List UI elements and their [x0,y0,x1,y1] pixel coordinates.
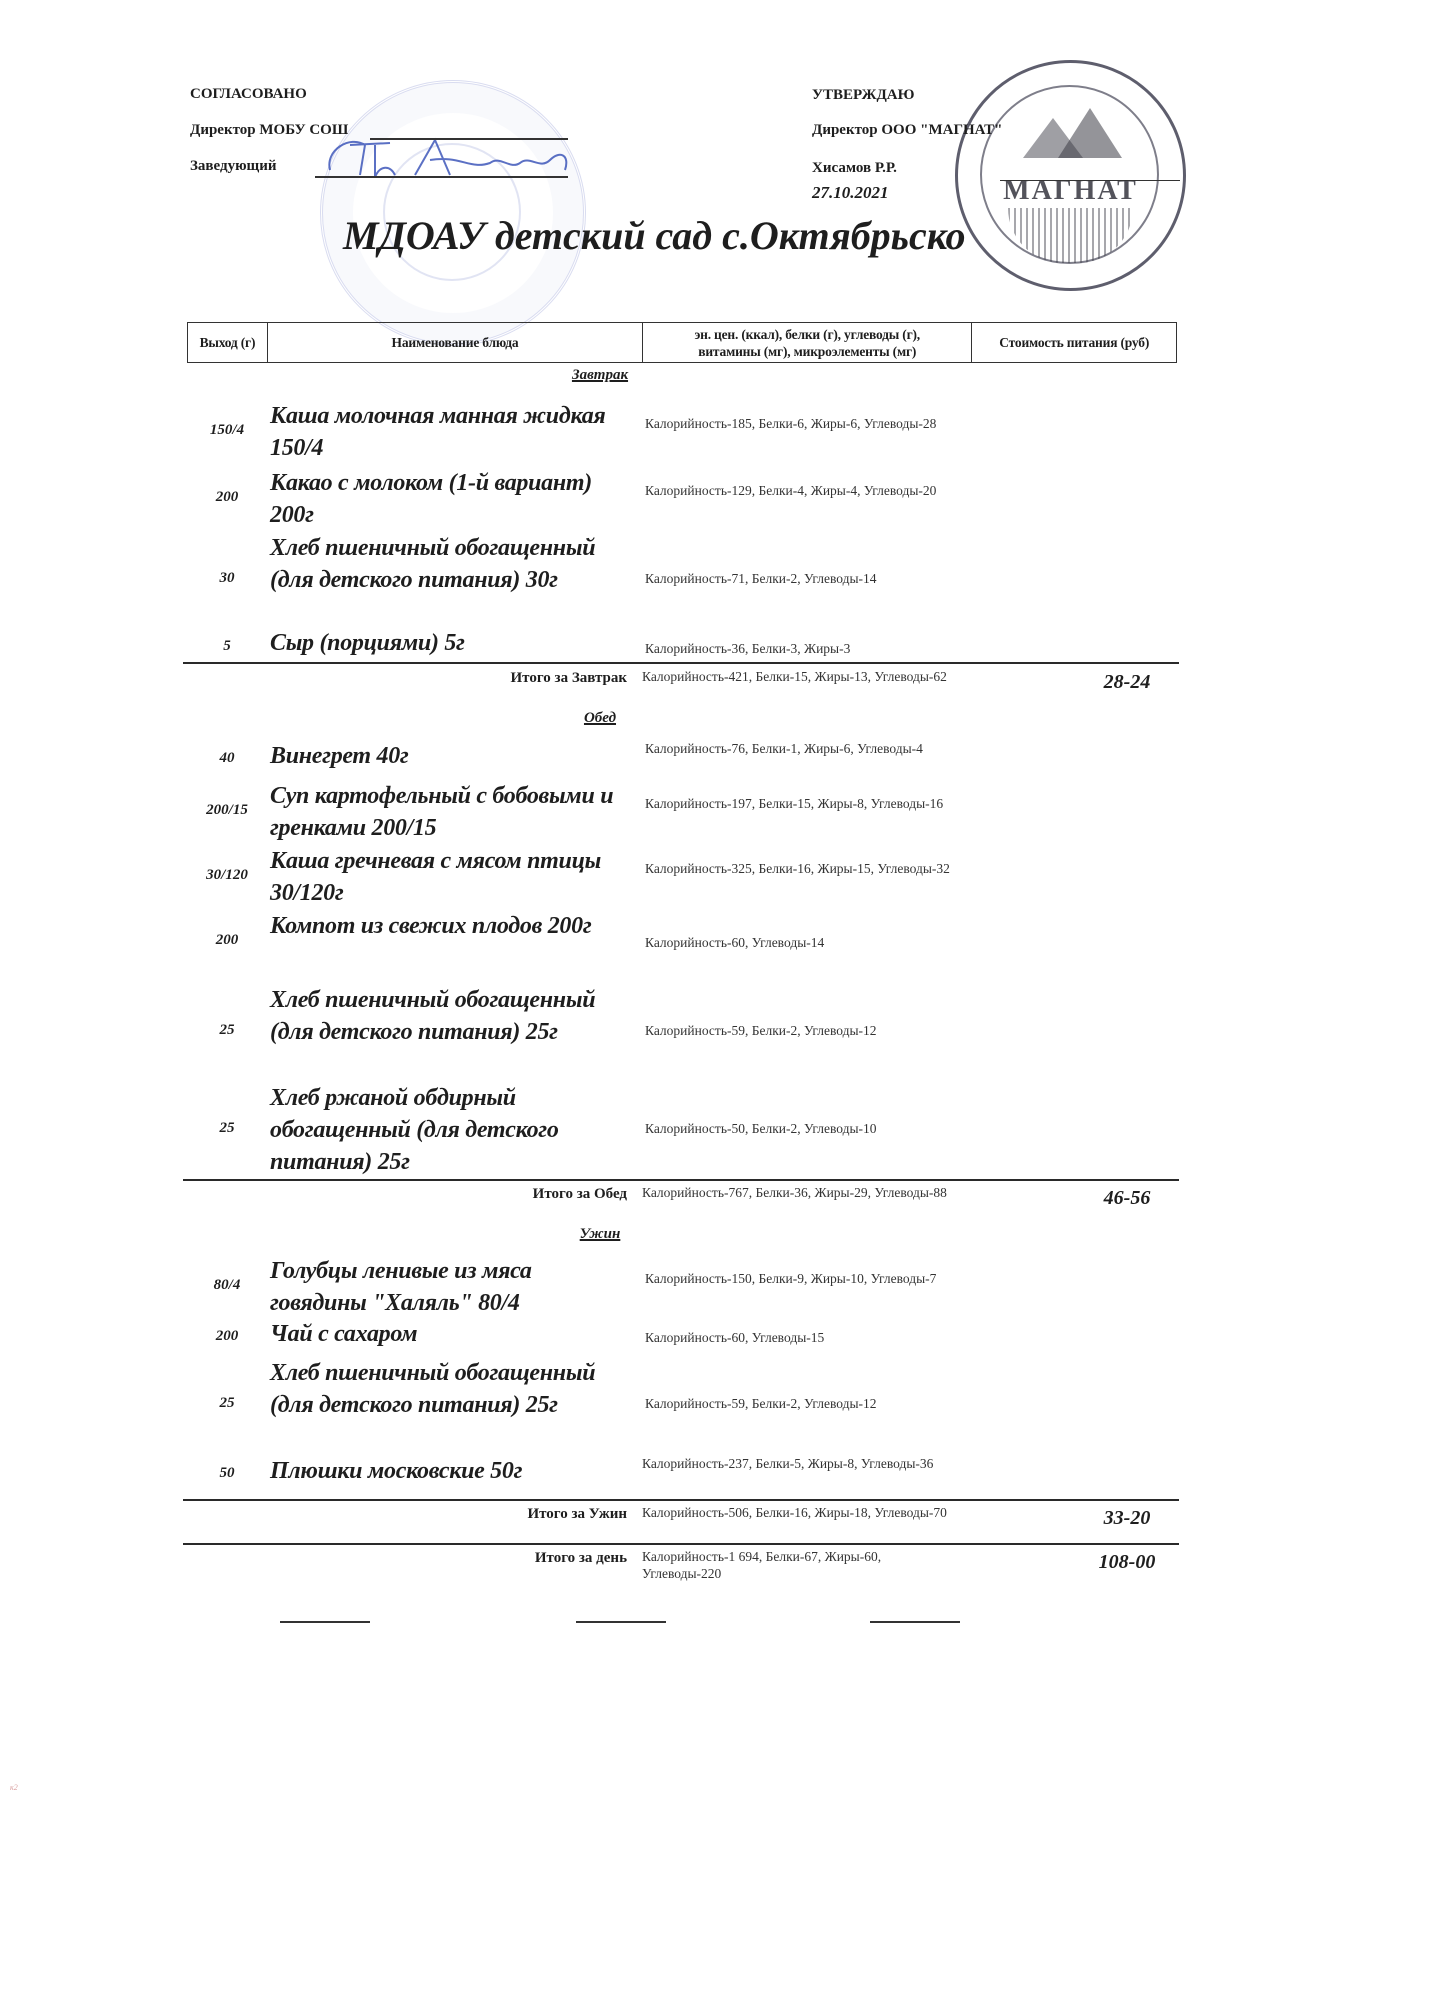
dish-name: Хлеб пшеничный обогащенный (для детского… [270,1357,630,1421]
approval-date: 27.10.2021 [812,183,889,203]
nutrition-cell: Калорийность-185, Белки-6, Жиры-6, Углев… [645,415,965,432]
day-total-cost: 108-00 [1047,1551,1207,1574]
approval-role-left: Заведующий [190,158,276,175]
yield-cell: 40 [187,750,267,767]
mountain-logo-icon [1058,108,1122,158]
dish-name: Хлеб пшеничный обогащенный (для детского… [270,984,630,1048]
signature-line [370,138,568,140]
nutrition-cell: Калорийность-325, Белки-16, Жиры-15, Угл… [645,860,965,877]
signature-line [1000,180,1180,181]
nutrition-cell: Калорийность-71, Белки-2, Углеводы-14 [645,570,965,587]
divider [183,1499,1179,1501]
corner-mark: к2 [10,1783,18,1792]
nutrition-cell: Калорийность-36, Белки-3, Жиры-3 [645,640,965,657]
mountain-logo-icon [1023,118,1083,158]
nutrition-cell: Калорийность-197, Белки-15, Жиры-8, Угле… [645,795,965,812]
company-seal-stamp: МАГНАТ [955,60,1186,291]
table-header: Выход (г) Наименование блюда эн. цен. (к… [187,322,1177,363]
yield-cell: 30 [187,570,267,587]
divider [183,1179,1179,1181]
total-nutrition: Калорийность-506, Белки-16, Жиры-18, Угл… [642,1504,962,1521]
nutrition-cell: Калорийность-60, Углеводы-14 [645,934,965,951]
dish-name: Суп картофельный с бобовыми и гренками 2… [270,780,630,844]
column-header-dish: Наименование блюда [268,323,643,362]
total-cost: 33-20 [1047,1507,1207,1530]
day-total-label: Итого за день [535,1550,627,1567]
yield-cell: 25 [187,1120,267,1137]
total-cost: 46-56 [1047,1187,1207,1210]
divider [183,662,1179,664]
nutrition-cell: Калорийность-59, Белки-2, Углеводы-12 [645,1395,965,1412]
yield-cell: 30/120 [187,867,267,884]
dish-name: Компот из свежих плодов 200г [270,910,630,942]
section-title-lunch: Обед [500,710,700,727]
dish-name: Чай с сахаром [270,1318,630,1350]
yield-cell: 25 [187,1395,267,1412]
yield-cell: 200 [187,489,267,506]
dish-name: Какао с молоком (1-й вариант) 200г [270,467,630,531]
nutrition-cell: Калорийность-150, Белки-9, Жиры-10, Угле… [645,1270,965,1287]
approval-heading-right: УТВЕРЖДАЮ [812,87,915,104]
total-nutrition: Калорийность-767, Белки-36, Жиры-29, Угл… [642,1184,962,1201]
dish-name: Винегрет 40г [270,740,630,772]
page-title: МДОАУ детский сад с.Октябрьско [343,212,965,259]
column-header-nutrition: эн. цен. (ккал), белки (г), углеводы (г)… [643,323,972,362]
nutrition-cell: Калорийность-59, Белки-2, Углеводы-12 [645,1022,965,1039]
signature-blank [870,1621,960,1623]
dish-name: Голубцы ленивые из мяса говядины "Халяль… [270,1255,630,1319]
total-label: Итого за Ужин [527,1506,627,1523]
approval-position-right: Директор ООО "МАГНАТ" [812,122,1003,139]
total-cost: 28-24 [1047,671,1207,694]
yield-cell: 200 [187,1328,267,1345]
column-header-cost: Стоимость питания (руб) [972,323,1176,362]
nutrition-cell: Калорийность-237, Белки-5, Жиры-8, Углев… [642,1455,962,1472]
total-label: Итого за Обед [533,1186,627,1203]
dish-name: Сыр (порциями) 5г [270,627,630,659]
nutrition-cell: Калорийность-129, Белки-4, Жиры-4, Углев… [645,482,965,499]
yield-cell: 80/4 [187,1277,267,1294]
stamp-rays-pattern [1008,208,1133,263]
yield-cell: 50 [187,1465,267,1482]
nutrition-cell: Калорийность-50, Белки-2, Углеводы-10 [645,1120,965,1137]
dish-name: Каша молочная манная жидкая 150/4 [270,400,630,464]
approval-heading-left: СОГЛАСОВАНО [190,86,307,103]
dish-name: Плюшки московские 50г [270,1455,630,1487]
section-title-breakfast: Завтрак [500,367,700,384]
yield-cell: 5 [187,638,267,655]
total-nutrition: Калорийность-421, Белки-15, Жиры-13, Угл… [642,668,962,685]
approver-name: Хисамов Р.Р. [812,160,897,177]
total-label: Итого за Завтрак [511,670,627,687]
yield-cell: 200 [187,932,267,949]
section-title-dinner: Ужин [500,1226,700,1243]
dish-name: Хлеб пшеничный обогащенный (для детского… [270,532,630,596]
signature-line [315,176,568,178]
yield-cell: 150/4 [187,422,267,439]
approval-position-left: Директор МОБУ СОШ [190,122,348,139]
nutrition-cell: Калорийность-76, Белки-1, Жиры-6, Углево… [645,740,965,757]
divider [183,1543,1179,1545]
signature-blank [280,1621,370,1623]
dish-name: Хлеб ржаной обдирный обогащенный (для де… [270,1082,630,1178]
yield-cell: 200/15 [187,802,267,819]
signature-blank [576,1621,666,1623]
column-header-yield: Выход (г) [188,323,268,362]
dish-name: Каша гречневая с мясом птицы 30/120г [270,845,630,909]
nutrition-cell: Калорийность-60, Углеводы-15 [645,1329,965,1346]
yield-cell: 25 [187,1022,267,1039]
day-total-nutrition: Калорийность-1 694, Белки-67, Жиры-60, У… [642,1548,962,1582]
